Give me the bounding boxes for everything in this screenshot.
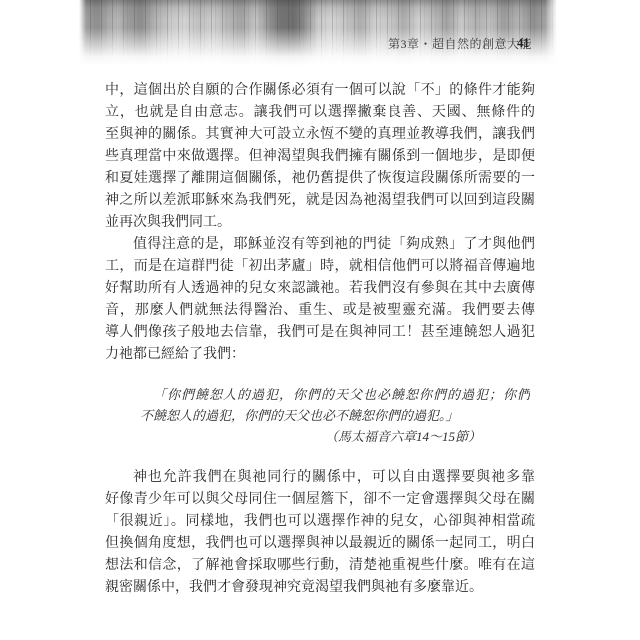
- header-wood-texture: 第3章・超自然的創意大能 41: [79, 0, 557, 66]
- scripture-reference: （馬太福音六章14～15節）: [140, 426, 530, 447]
- scripture-quote: 「你們饒恕人的過犯，你們的天父也必饒恕你們的過犯；你們 不饒恕人的過犯，你們的天…: [140, 384, 530, 447]
- text-line: 立，也就是自由意志。讓我們可以選擇撇棄良善、天國、無條件的愛、甚: [105, 102, 535, 124]
- text-line: 和夏娃選擇了離開這個關係，祂仍舊提供了恢復這段關係所需要的一切。: [105, 168, 535, 190]
- text-line: 「很親近」。同樣地，我們也可以選擇作神的兒女，心卻與神相當疏離。: [105, 511, 535, 533]
- book-page: 第3章・超自然的創意大能 41 中，這個出於自願的合作關係必須有一個可以說「不」…: [0, 0, 640, 640]
- paragraph-1: 中，這個出於自願的合作關係必須有一個可以說「不」的條件才能夠成 立，也就是自由意…: [105, 80, 535, 234]
- text-line: 導人們像孩子般地去信靠，我們可是在與神同工！甚至連饒恕人過犯的能: [105, 322, 535, 344]
- text-line: 力祂都已經給了我們：: [105, 344, 535, 366]
- text-line: 些真理當中來做選擇。但神渴望與我們擁有關係到一個地步，是即便亞當: [105, 146, 535, 168]
- text-line: 中，這個出於自願的合作關係必須有一個可以說「不」的條件才能夠成: [105, 80, 535, 102]
- paragraph-2: 值得注意的是，耶穌並沒有等到祂的門徒「夠成熟」了才與他們同 工，而是在這群門徒「…: [105, 234, 535, 366]
- text-line: 音，那麼人們就無法得醫治、重生、或是被聖靈充滿。我們要去傳講，教: [105, 300, 535, 322]
- text-line: 好像青少年可以與父母同住一個屋簷下，卻不一定會選擇與父母在關係上: [105, 489, 535, 511]
- quote-line: 不饒恕人的過犯，你們的天父也必不饒恕你們的過犯。」: [140, 405, 530, 426]
- chapter-title: 第3章・超自然的創意大能: [388, 37, 532, 51]
- text-line: 神也允許我們在與祂同行的關係中，可以自由選擇要與祂多靠近。就: [105, 467, 535, 489]
- quote-line: 「你們饒恕人的過犯，你們的天父也必饒恕你們的過犯；你們: [140, 384, 530, 405]
- text-line: 神之所以差派耶穌來為我們死，就是因為祂渴望我們可以回到這段關係，: [105, 190, 535, 212]
- text-line: 至與神的關係。其實神大可設立永恆不變的真理並教導我們，讓我們在這: [105, 124, 535, 146]
- text-line: 親密關係中，我們才會發現神究竟渴望我們與祂有多麼靠近。: [105, 577, 535, 599]
- text-line: 好幫助所有人透過神的兒女來認識祂。若我們沒有參與在其中去廣傳福: [105, 278, 535, 300]
- text-line: 工，而是在這群門徒「初出茅廬」時，就相信他們可以將福音傳遍地極，: [105, 256, 535, 278]
- page-number: 41: [517, 36, 530, 51]
- text-line: 並再次與我們同工。: [105, 212, 535, 234]
- text-line: 想法和信念，了解祂會採取哪些行動，清楚祂重視些什麼。唯有在這樣的: [105, 555, 535, 577]
- text-line: 值得注意的是，耶穌並沒有等到祂的門徒「夠成熟」了才與他們同: [105, 234, 535, 256]
- paragraph-3: 神也允許我們在與祂同行的關係中，可以自由選擇要與祂多靠近。就 好像青少年可以與父…: [105, 467, 535, 599]
- text-line: 但換個角度想，我們也可以選擇與神以最親近的關係一起同工，明白祂的: [105, 533, 535, 555]
